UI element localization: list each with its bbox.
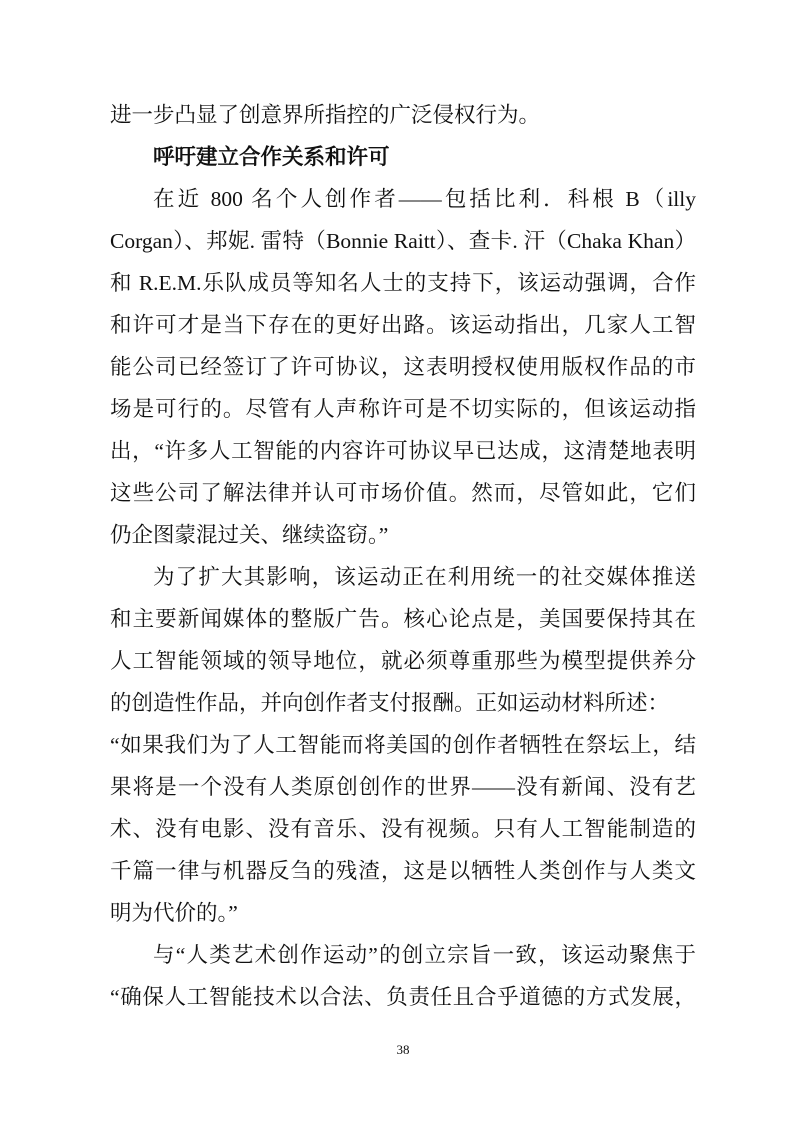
text-line: 场是可行的。尽管有人声称许可是不切实际的，但该运动指: [110, 388, 696, 430]
text-line: 和 R.E.M.乐队成员等知名人士的支持下，该运动强调，合作: [110, 262, 696, 304]
text-line: 和主要新闻媒体的整版广告。核心论点是，美国要保持其在: [110, 598, 696, 640]
text-line: “如果我们为了人工智能而将美国的创作者牺牲在祭坛上，结: [110, 724, 696, 766]
text-line: 明为代价的。”: [110, 892, 696, 934]
text-line: 这些公司了解法律并认可市场价值。然而，尽管如此，它们: [110, 472, 696, 514]
text-line: 术、没有电影、没有音乐、没有视频。只有人工智能制造的: [110, 808, 696, 850]
text-line: 与“人类艺术创作运动”的创立宗旨一致，该运动聚焦于: [110, 934, 696, 976]
text-line: 的创造性作品，并向创作者支付报酬。正如运动材料所述：: [110, 682, 696, 724]
document-page: 进一步凸显了创意界所指控的广泛侵权行为。呼吁建立合作关系和许可在近 800 名个…: [0, 0, 793, 1122]
text-line: 为了扩大其影响，该运动正在利用统一的社交媒体推送: [110, 556, 696, 598]
text-line: “确保人工智能技术以合法、负责任且合乎道德的方式发展，: [110, 976, 696, 1018]
text-line: 出，“许多人工智能的内容许可协议早已达成，这清楚地表明: [110, 430, 696, 472]
text-line: 千篇一律与机器反刍的残渣，这是以牺牲人类创作与人类文: [110, 850, 696, 892]
text-block: 进一步凸显了创意界所指控的广泛侵权行为。呼吁建立合作关系和许可在近 800 名个…: [110, 94, 696, 1018]
text-line: 进一步凸显了创意界所指控的广泛侵权行为。: [110, 94, 696, 136]
text-line: Corgan）、邦妮. 雷特（Bonnie Raitt）、查卡. 汗（Chaka…: [110, 220, 696, 262]
text-line: 果将是一个没有人类原创创作的世界——没有新闻、没有艺: [110, 766, 696, 808]
section-heading: 呼吁建立合作关系和许可: [110, 136, 696, 178]
text-line: 和许可才是当下存在的更好出路。该运动指出，几家人工智: [110, 304, 696, 346]
page-number: 38: [110, 1042, 696, 1058]
text-line: 仍企图蒙混过关、继续盗窃。”: [110, 514, 696, 556]
text-line: 在近 800 名个人创作者——包括比利．科根 B（illy: [110, 178, 696, 220]
text-line: 能公司已经签订了许可协议，这表明授权使用版权作品的市: [110, 346, 696, 388]
text-line: 人工智能领域的领导地位，就必须尊重那些为模型提供养分: [110, 640, 696, 682]
